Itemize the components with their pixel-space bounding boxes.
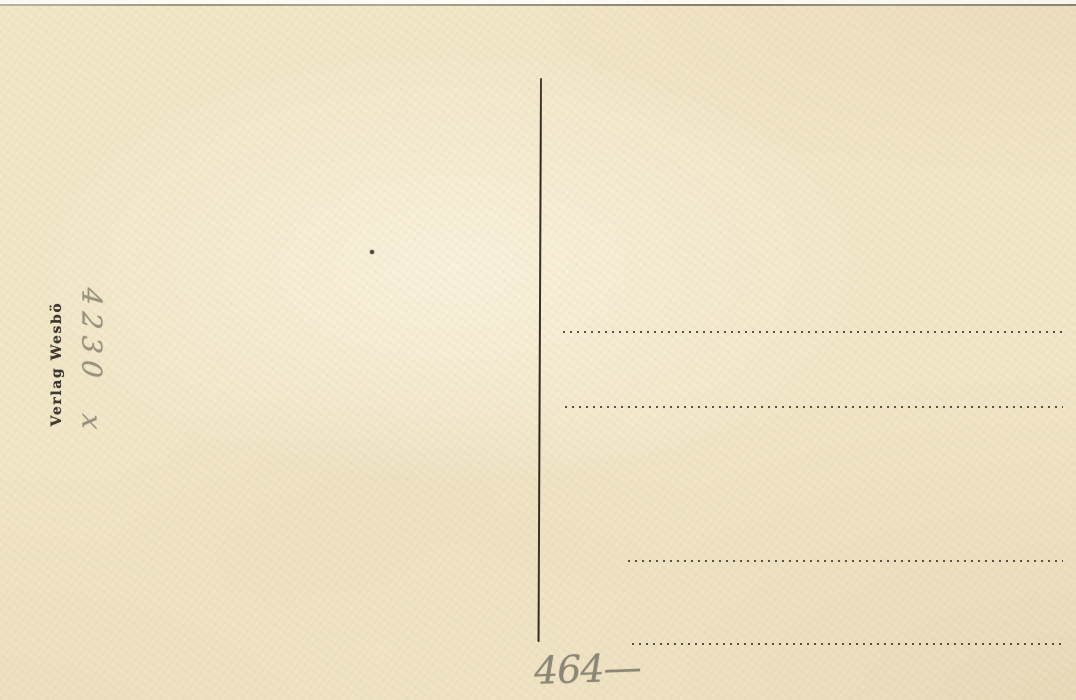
publisher-imprint: Verlag Wesbö bbox=[49, 302, 65, 427]
address-dotted-line-4 bbox=[632, 643, 1062, 645]
card-top-edge bbox=[0, 4, 1076, 6]
pencil-catalog-number: 4230 x bbox=[76, 286, 107, 438]
address-dotted-line-3 bbox=[628, 560, 1063, 562]
divider-line bbox=[538, 78, 542, 642]
pencil-price-number: 464— bbox=[533, 645, 641, 693]
ink-speck bbox=[370, 250, 374, 254]
address-dotted-line-2 bbox=[565, 406, 1063, 408]
scan-background: Verlag Wesbö 4230 x 464— bbox=[0, 0, 1076, 700]
address-dotted-line-1 bbox=[563, 331, 1063, 333]
postcard-back: Verlag Wesbö 4230 x 464— bbox=[0, 4, 1076, 700]
